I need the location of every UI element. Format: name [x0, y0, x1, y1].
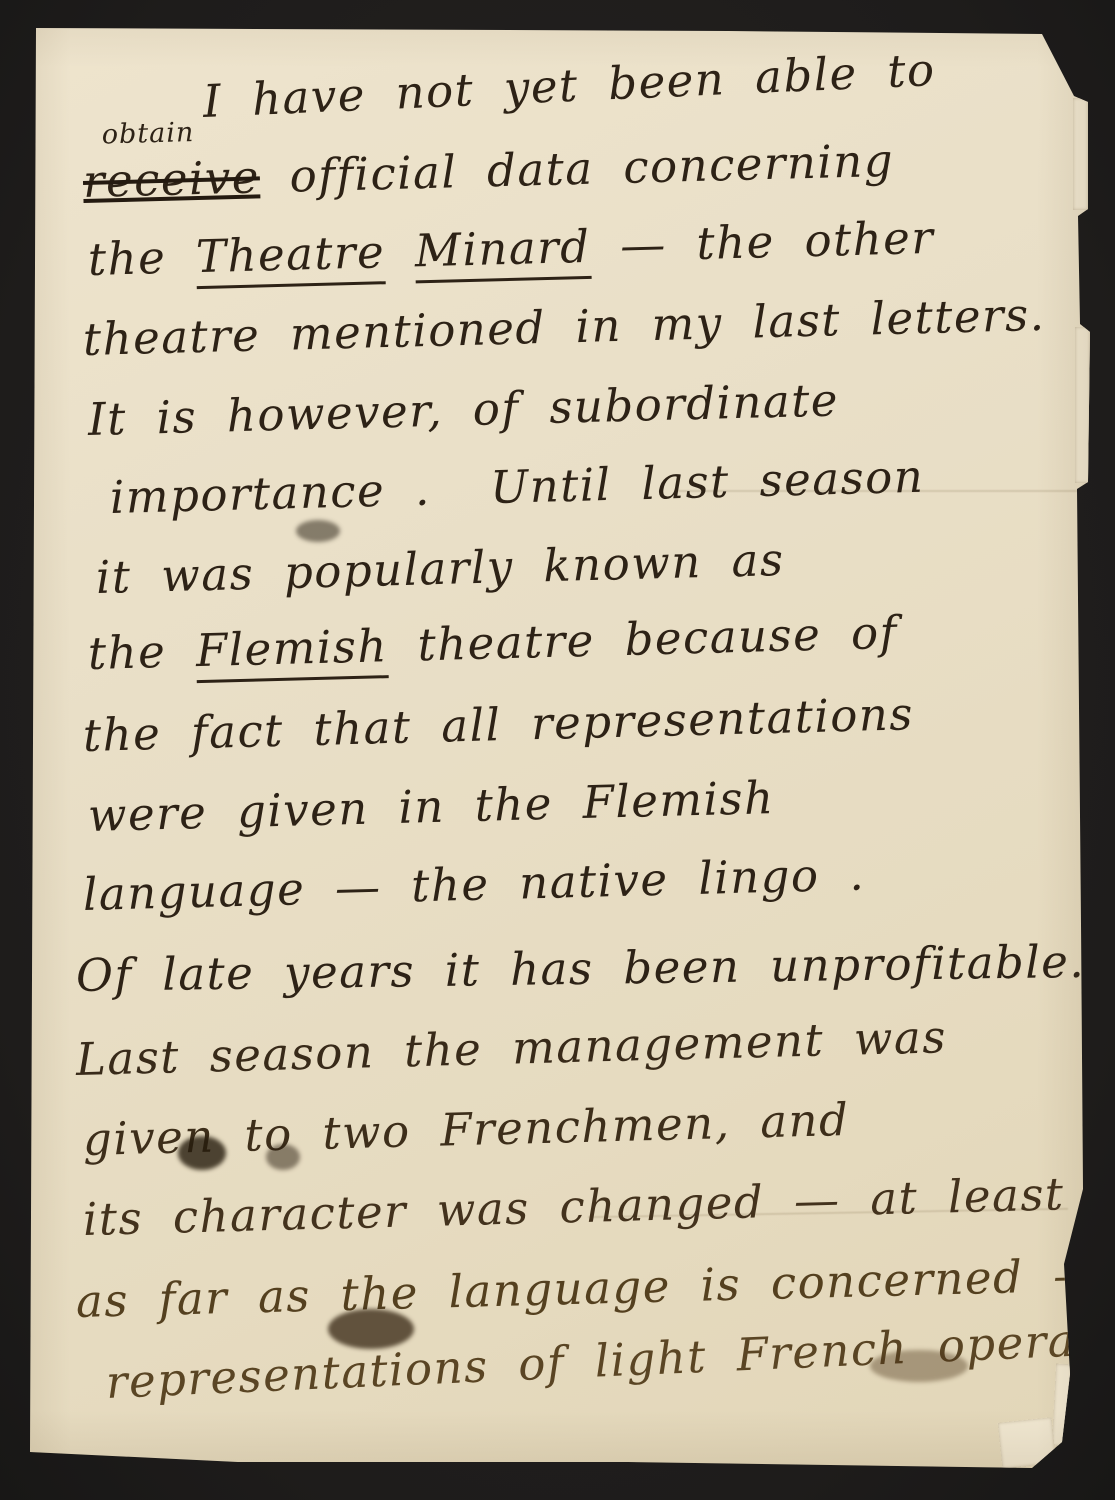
handwriting-text: it was popularly known as: [95, 533, 785, 604]
ink-blot: [870, 1350, 968, 1382]
handwriting-text: I have not yet been able to: [202, 43, 937, 128]
handwriting-text: It is however, of subordinate: [87, 373, 839, 446]
handwriting-line: theatre mentioned in my last letters.: [82, 289, 1046, 366]
handwriting-text: importance . Until last season: [109, 450, 925, 524]
handwriting-line: language — the native lingo .: [82, 849, 865, 921]
handwriting-line: the Flemish theatre because of: [87, 607, 898, 680]
struck-word: receive: [82, 150, 260, 208]
handwriting-text: theatre because of: [387, 606, 898, 672]
ink-blot: [296, 520, 340, 542]
underlined-word: Flemish: [195, 619, 388, 683]
tape-fragment: [1073, 98, 1088, 210]
handwriting-line: the fact that all representations: [82, 688, 914, 761]
handwriting-text: as far as the language is concerned —: [75, 1248, 1100, 1328]
correction: obtainreceive: [82, 151, 260, 207]
handwriting-text: the: [87, 624, 196, 680]
handwriting-line: the Theatre Minard — the other: [87, 212, 935, 286]
handwriting-text: Of late years it has been unprofitable.: [76, 935, 1086, 1002]
ink-blot: [178, 1136, 226, 1170]
handwriting-text: were given in the Flemish: [87, 771, 775, 842]
handwriting-line: Last season the management was: [75, 1011, 947, 1086]
handwriting-text: its character was changed — at least: [82, 1167, 1065, 1246]
inserted-word: obtain: [101, 117, 194, 150]
handwriting-line: importance . Until last season: [109, 451, 924, 524]
handwriting-text: theatre mentioned in my last letters.: [82, 288, 1046, 366]
tape-fragment: [1075, 327, 1090, 483]
handwriting-line: obtainreceive official data concerning: [82, 135, 894, 208]
photo-background: I have not yet been able to obtainreceiv…: [0, 0, 1115, 1500]
handwriting-line: as far as the language is concerned —: [75, 1249, 1100, 1328]
handwriting-text: the fact that all representations: [82, 687, 914, 762]
handwriting-text: Last season the management was: [75, 1010, 947, 1086]
handwriting-text: language — the native lingo .: [82, 848, 865, 921]
handwriting-line: Of late years it has been unprofitable.: [76, 936, 1086, 1002]
letter-page: I have not yet been able to obtainreceiv…: [28, 24, 1090, 1468]
handwriting-text: [384, 224, 415, 278]
handwriting-line: It is however, of subordinate: [87, 374, 839, 445]
tape-fragment: [1052, 1364, 1072, 1447]
handwriting-line: it was popularly known as: [95, 534, 785, 604]
handwriting-line: were given in the Flemish: [87, 772, 775, 842]
handwriting-line: its character was changed — at least: [82, 1168, 1065, 1245]
handwriting-text: official data concerning: [259, 134, 895, 204]
underlined-word: Minard: [414, 220, 591, 284]
handwriting-line: I have not yet been able to: [202, 44, 937, 128]
tape-fragment: [998, 1417, 1057, 1468]
ink-blot: [328, 1309, 414, 1349]
ink-blot: [266, 1144, 300, 1170]
handwriting-text: — the other: [590, 211, 935, 273]
underlined-word: Theatre: [195, 225, 386, 289]
handwriting-text: the: [87, 230, 196, 286]
